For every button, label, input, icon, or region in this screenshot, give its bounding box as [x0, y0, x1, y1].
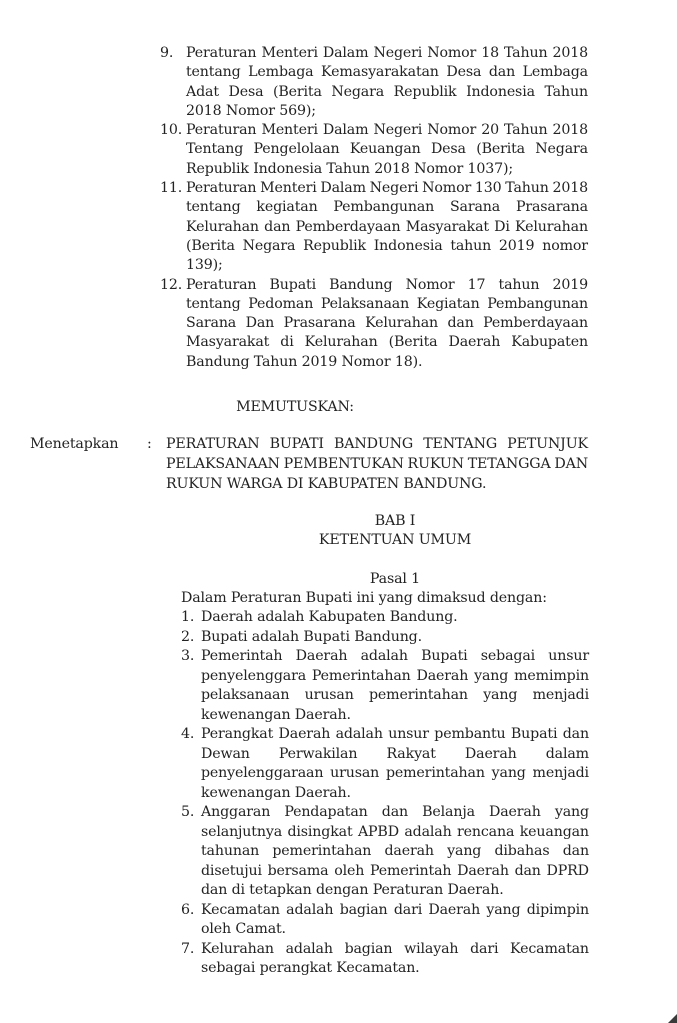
text-line: PELAKSANAANPEMBENTUKANRUKUNTETANGGADAN [166, 454, 588, 474]
article-intro: Dalam Peraturan Bupati ini yang dimaksud… [181, 589, 547, 609]
list-item-text: PeraturanMenteriDalamNegeriNomor130Tahun… [186, 179, 588, 275]
page-curl-shadow [668, 1014, 677, 1023]
text-line: PeraturanMenteriDalamNegeriNomor20Tahun2… [186, 121, 588, 140]
list-item: 9.PeraturanMenteriDalamNegeriNomor18Tahu… [160, 44, 588, 121]
item-number: 12. [160, 276, 186, 295]
text-line: (BeritaNegaraRepublikIndonesiatahun2019n… [186, 237, 588, 256]
text-line: kewenangan Daerah. [201, 784, 589, 804]
text-line: AnggaranPendapatandanBelanjaDaerahyang [201, 803, 589, 823]
text-line: Bandung Tahun 2019 Nomor 18). [186, 353, 588, 372]
item-number: 7. [181, 940, 201, 960]
list-item-text: KecamatanadalahbagiandariDaerahyangdipim… [201, 901, 589, 940]
text-line: penyelenggaraanurusanpemerintahanyangmen… [201, 764, 589, 784]
list-item: 7.KelurahanadalahbagianwilayahdariKecama… [181, 940, 589, 979]
text-line: KelurahanadalahbagianwilayahdariKecamata… [201, 940, 589, 960]
text-line: penyelenggaraPemerintahanDaerahyangmemim… [201, 667, 589, 687]
text-line: PERATURANBUPATIBANDUNGTENTANGPETUNJUK [166, 434, 588, 454]
text-line: dan di tetapkan dengan Peraturan Daerah. [201, 881, 589, 901]
article-title: Pasal 1 [200, 570, 590, 590]
list-item: 11.PeraturanMenteriDalamNegeriNomor130Ta… [160, 179, 588, 275]
definition-list: 1.Daerah adalah Kabupaten Bandung.2.Bupa… [181, 608, 589, 979]
list-item-text: PeraturanBupatiBandungNomor17tahun2019te… [186, 276, 588, 372]
item-number: 9. [160, 44, 186, 63]
text-line: oleh Camat. [201, 920, 589, 940]
text-line: tentangLembagaKemasyarakatanDesadanLemba… [186, 63, 588, 82]
list-item-text: PemerintahDaerahadalahBupatisebagaiunsur… [201, 647, 589, 725]
text-line: tentangkegiatanPembangunanSaranaPrasaran… [186, 198, 588, 217]
item-number: 11. [160, 179, 186, 198]
text-line: Republik Indonesia Tahun 2018 Nomor 1037… [186, 160, 588, 179]
list-item-text: KelurahanadalahbagianwilayahdariKecamata… [201, 940, 589, 979]
text-line: pelaksanaanurusanpemerintahanyangmenjadi [201, 686, 589, 706]
list-item: 1.Daerah adalah Kabupaten Bandung. [181, 608, 589, 628]
text-line: PeraturanBupatiBandungNomor17tahun2019 [186, 276, 588, 295]
list-item: 10.PeraturanMenteriDalamNegeriNomor20Tah… [160, 121, 588, 179]
text-line: PemerintahDaerahadalahBupatisebagaiunsur [201, 647, 589, 667]
list-item-text: Daerah adalah Kabupaten Bandung. [201, 608, 589, 628]
item-number: 6. [181, 901, 201, 921]
item-number: 5. [181, 803, 201, 823]
list-item-text: PerangkatDaerahadalahunsurpembantuBupati… [201, 725, 589, 803]
text-line: KelurahandanPemberdayaanMasyarakatDiKelu… [186, 218, 588, 237]
decision-heading: MEMUTUSKAN: [150, 398, 440, 417]
text-line: 2018 Nomor 569); [186, 102, 588, 121]
list-item-text: PeraturanMenteriDalamNegeriNomor18Tahun2… [186, 44, 588, 121]
list-item: 2.Bupati adalah Bupati Bandung. [181, 628, 589, 648]
item-number: 4. [181, 725, 201, 745]
text-line: RUKUN WARGA DI KABUPATEN BANDUNG. [166, 474, 588, 494]
item-number: 3. [181, 647, 201, 667]
item-number: 2. [181, 628, 201, 648]
consideration-list: 9.PeraturanMenteriDalamNegeriNomor18Tahu… [160, 44, 588, 372]
text-line: kewenangan Daerah. [201, 706, 589, 726]
chapter-title: BAB I [200, 512, 590, 532]
text-line: MasyarakatdiKelurahan(BeritaDaerahKabupa… [186, 333, 588, 352]
text-line: Daerah adalah Kabupaten Bandung. [201, 608, 589, 628]
text-line: DewanPerwakilanRakyatDaerahdalam [201, 745, 589, 765]
item-number: 10. [160, 121, 186, 140]
list-item: 3.PemerintahDaerahadalahBupatisebagaiuns… [181, 647, 589, 725]
text-line: Bupati adalah Bupati Bandung. [201, 628, 589, 648]
text-line: PeraturanMenteriDalamNegeriNomor130Tahun… [186, 179, 588, 198]
list-item-text: PeraturanMenteriDalamNegeriNomor20Tahun2… [186, 121, 588, 179]
text-line: KecamatanadalahbagiandariDaerahyangdipim… [201, 901, 589, 921]
text-line: sebagai perangkat Kecamatan. [201, 959, 589, 979]
menetapkan-label: Menetapkan [30, 434, 118, 454]
item-number: 1. [181, 608, 201, 628]
text-line: SaranaDanPrasaranaKelurahandanPemberdaya… [186, 314, 588, 333]
menetapkan-colon: : [147, 434, 152, 454]
text-line: PerangkatDaerahadalahunsurpembantuBupati… [201, 725, 589, 745]
chapter-subtitle: KETENTUAN UMUM [200, 531, 590, 551]
list-item-text: AnggaranPendapatandanBelanjaDaerahyangse… [201, 803, 589, 901]
text-line: TentangPengelolaanKeuanganDesa(BeritaNeg… [186, 140, 588, 159]
list-item: 4.PerangkatDaerahadalahunsurpembantuBupa… [181, 725, 589, 803]
list-item-text: Bupati adalah Bupati Bandung. [201, 628, 589, 648]
menetapkan-text: PERATURANBUPATIBANDUNGTENTANGPETUNJUKPEL… [166, 434, 588, 494]
list-item: 5.AnggaranPendapatandanBelanjaDaerahyang… [181, 803, 589, 901]
list-item: 6.KecamatanadalahbagiandariDaerahyangdip… [181, 901, 589, 940]
text-line: tentangPedomanPelaksanaanKegiatanPembang… [186, 295, 588, 314]
text-line: disetujuibersamaolehPemerintahDaerahdanD… [201, 862, 589, 882]
text-line: selanjutnyadisingkatAPBDadalahrencanakeu… [201, 823, 589, 843]
text-line: PeraturanMenteriDalamNegeriNomor18Tahun2… [186, 44, 588, 63]
text-line: tahunanpemerintahandaerahyangdibahasdan [201, 842, 589, 862]
text-line: 139); [186, 256, 588, 275]
text-line: AdatDesa(BeritaNegaraRepublikIndonesiaTa… [186, 83, 588, 102]
document-page: 9.PeraturanMenteriDalamNegeriNomor18Tahu… [0, 0, 677, 1023]
list-item: 12.PeraturanBupatiBandungNomor17tahun201… [160, 276, 588, 372]
